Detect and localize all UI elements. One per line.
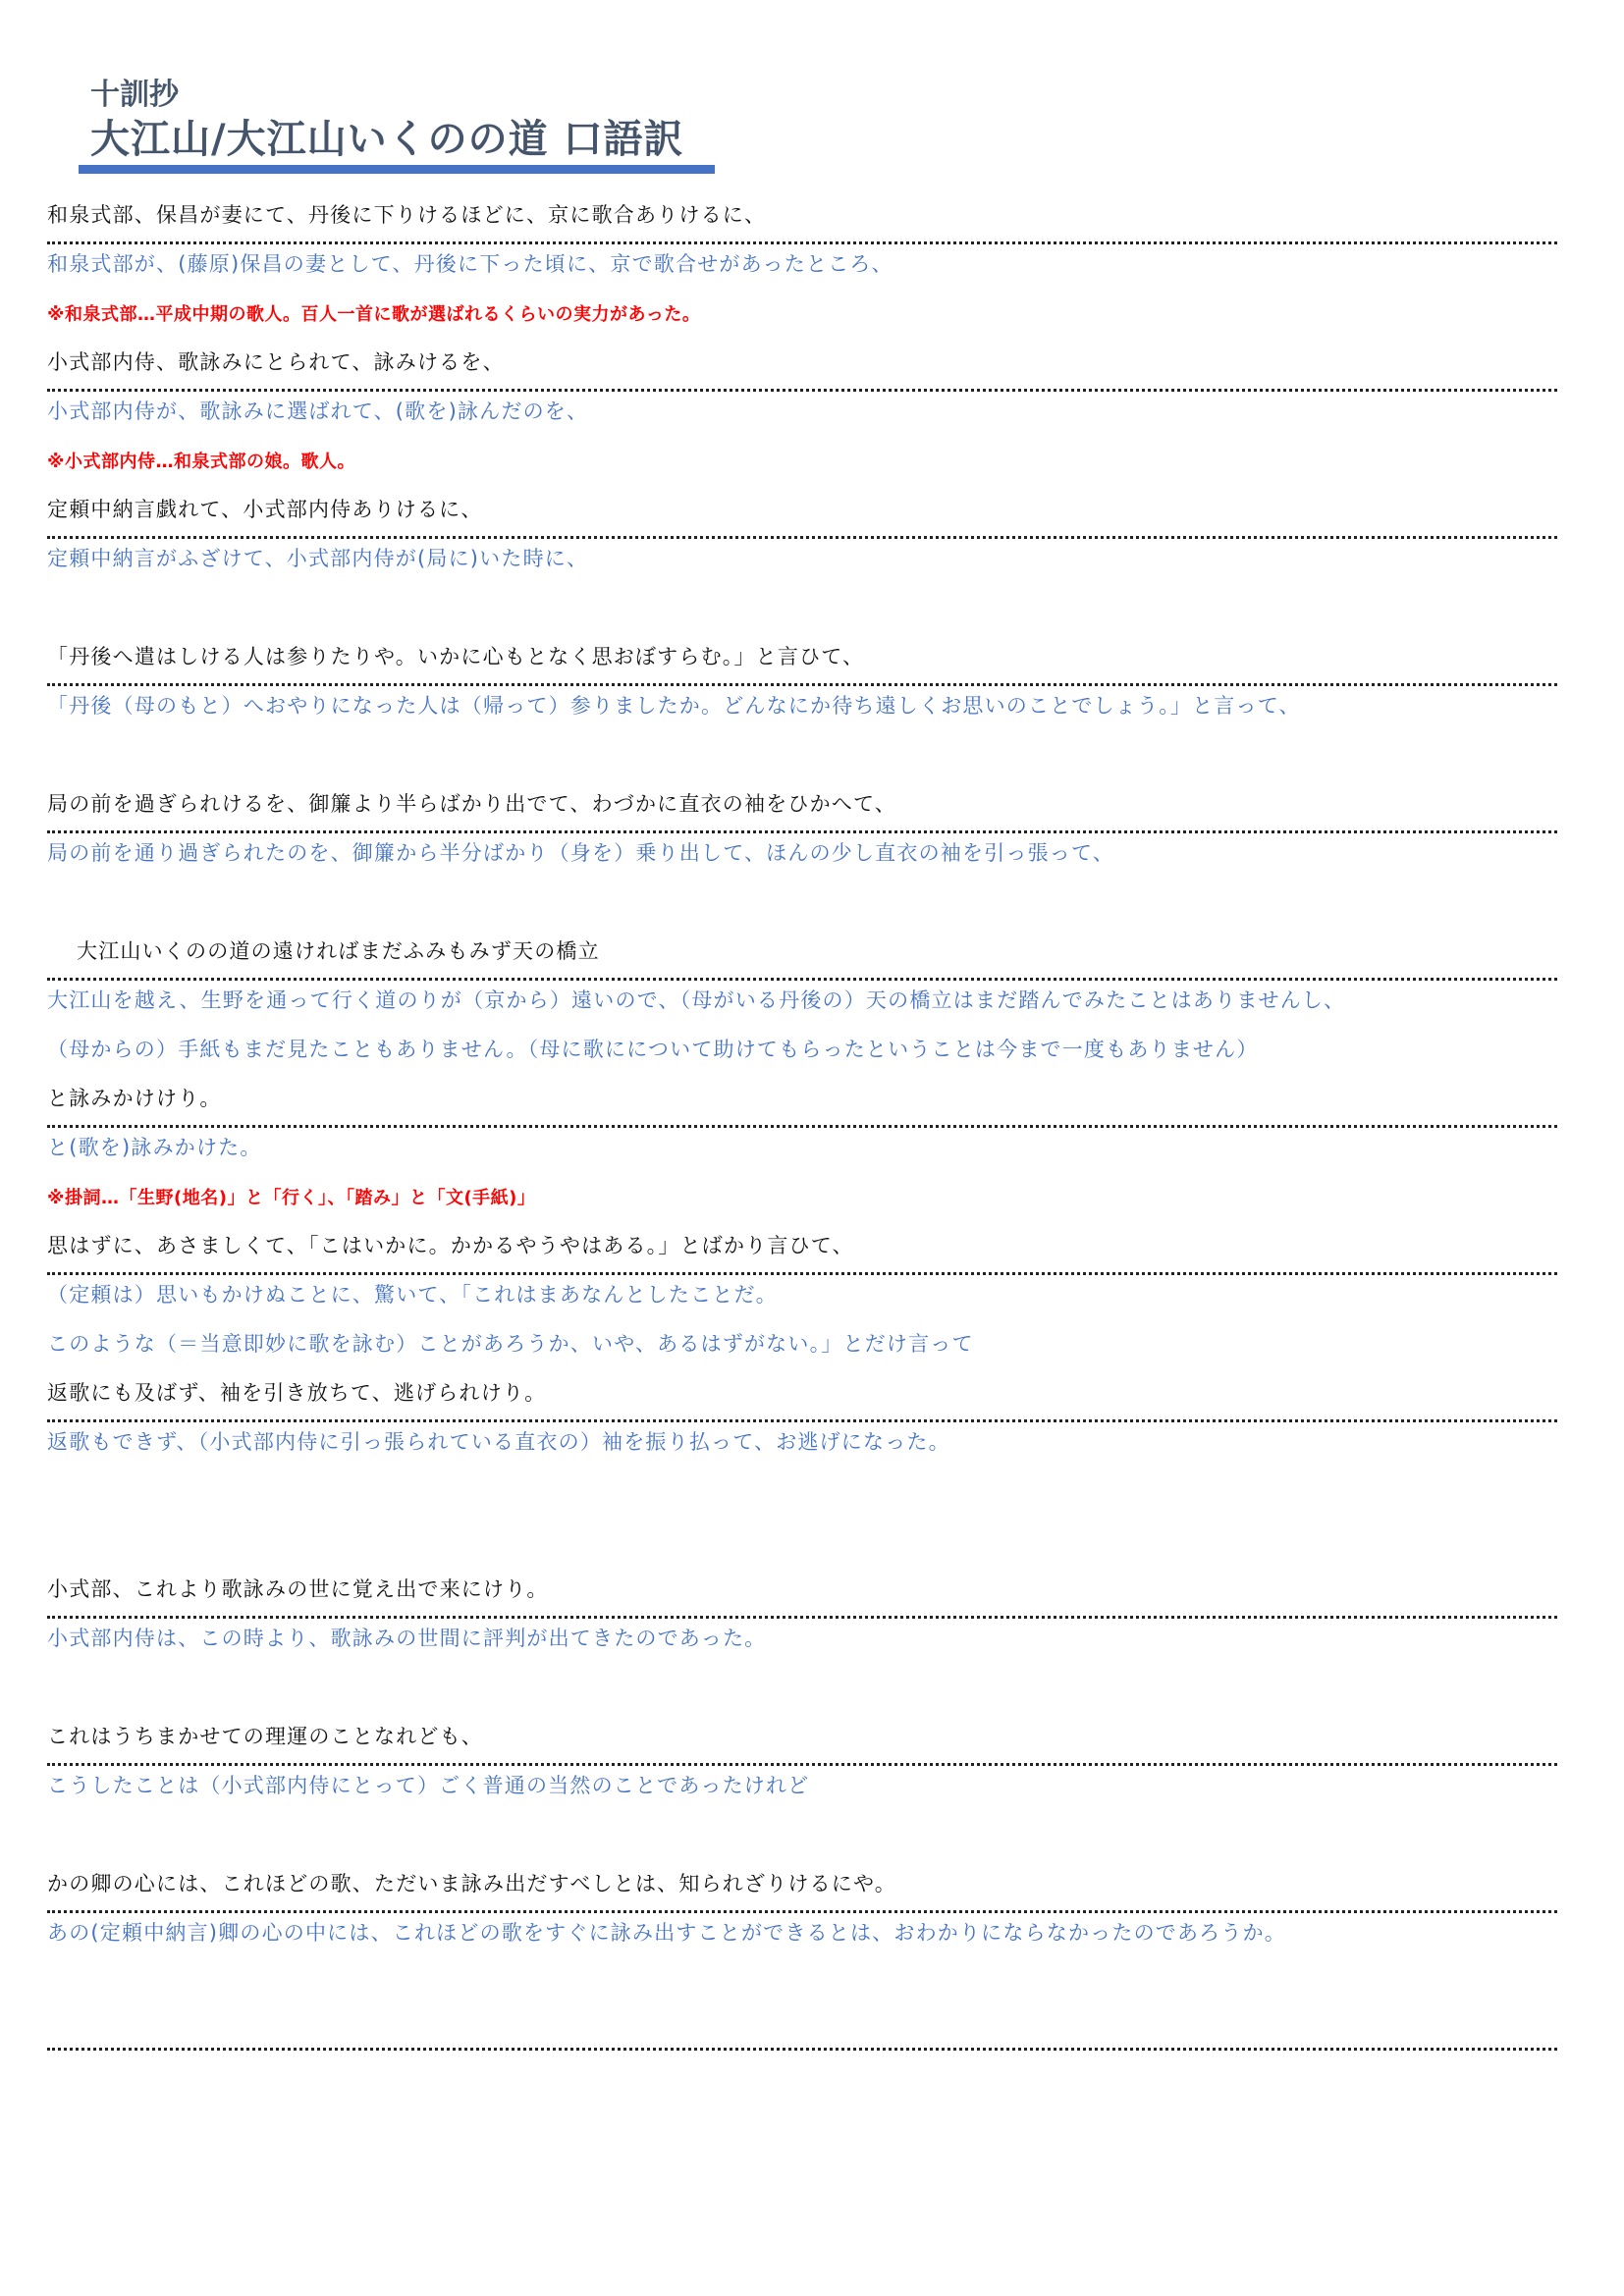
translation-text-line: 小式部内侍が、歌詠みに選ばれて、(歌を)詠んだのを、 — [47, 397, 1557, 426]
original-text-line: 「丹後へ遣はしける人は参りたりや。いかに心もとなく思おぼすらむ。」と言ひて、 — [47, 642, 1557, 671]
original-text-line: と詠みかけけり。 — [47, 1084, 1557, 1113]
original-text-line: 思はずに、あさましくて、「こはいかに。かかるやうやはある。」とばかり言ひて、 — [47, 1231, 1557, 1260]
original-text-line: かの卿の心には、これほどの歌、ただいま詠み出だすべしとは、知られざりけるにや。 — [47, 1869, 1557, 1898]
translation-text-line: あの(定頼中納言)卿の心の中には、これほどの歌をすぐに詠み出すことができるとは、… — [47, 1918, 1557, 1948]
original-text-line: 小式部、これより歌詠みの世に覚え出で来にけり。 — [47, 1575, 1557, 1604]
dotted-divider — [47, 978, 1557, 981]
dotted-divider — [47, 1272, 1557, 1275]
dotted-divider — [47, 536, 1557, 539]
dotted-divider — [47, 1125, 1557, 1128]
annotation-note: ※掛詞…「生野(地名)」と「行く」、「踏み」と「文(手紙)」 — [47, 1184, 1557, 1213]
dotted-divider — [47, 1419, 1557, 1422]
original-text-line: 和泉式部、保昌が妻にて、丹後に下りけるほどに、京に歌合ありけるに、 — [47, 200, 1557, 230]
document-page: 十訓抄 大江山/大江山いくのの道 口語訳 和泉式部、保昌が妻にて、丹後に下りける… — [0, 0, 1624, 2296]
translation-text-line: （母からの）手紙もまだ見たこともありません。（母に歌にについて助けてもらったとい… — [47, 1035, 1557, 1064]
document-subtitle: 十訓抄 — [90, 77, 179, 114]
original-text-line: 小式部内侍、歌詠みにとられて、詠みけるを、 — [47, 347, 1557, 377]
translation-text-line: 和泉式部が、(藤原)保昌の妻として、丹後に下った頃に、京で歌合せがあったところ、 — [47, 249, 1557, 279]
document-title: 大江山/大江山いくのの道 口語訳 — [90, 116, 684, 163]
translation-text-line: 定頼中納言がふざけて、小式部内侍が(局に)いた時に、 — [47, 544, 1557, 573]
translation-text-line: 大江山を越え、生野を通って行く道のりが（京から）遠いので、（母がいる丹後の）天の… — [47, 986, 1557, 1015]
dotted-divider — [47, 389, 1557, 392]
waka-verse-line: 大江山いくのの道の遠ければまだふみもみず天の橋立 — [47, 936, 1587, 966]
translation-text-line: 小式部内侍は、この時より、歌詠みの世間に評判が出てきたのであった。 — [47, 1624, 1557, 1653]
annotation-note: ※和泉式部…平成中期の歌人。百人一首に歌が選ばれるくらいの実力があった。 — [47, 300, 1557, 330]
original-text-line: 定頼中納言戯れて、小式部内侍ありけるに、 — [47, 495, 1557, 524]
dotted-divider — [47, 1910, 1557, 1913]
translation-text-line: こうしたことは（小式部内侍にとって）ごく普通の当然のことであったけれど — [47, 1771, 1557, 1800]
original-text-line: 局の前を過ぎられけるを、御簾より半らばかり出でて、わづかに直衣の袖をひかへて、 — [47, 789, 1557, 819]
dotted-divider — [47, 830, 1557, 833]
dotted-divider — [47, 1616, 1557, 1619]
original-text-line: 返歌にも及ばず、袖を引き放ちて、逃げられけり。 — [47, 1378, 1557, 1408]
translation-text-line: と(歌を)詠みかけた。 — [47, 1133, 1557, 1162]
dotted-divider — [47, 2048, 1557, 2051]
translation-text-line: （定頼は）思いもかけぬことに、驚いて、「これはまあなんとしたことだ。 — [47, 1280, 1557, 1309]
translation-text-line: 局の前を通り過ぎられたのを、御簾から半分ばかり（身を）乗り出して、ほんの少し直衣… — [47, 838, 1557, 868]
dotted-divider — [47, 683, 1557, 686]
annotation-note: ※小式部内侍…和泉式部の娘。歌人。 — [47, 448, 1557, 477]
dotted-divider — [47, 241, 1557, 244]
translation-text-line: 「丹後（母のもと）へおやりになった人は（帰って）参りましたか。どんなにか待ち遠し… — [47, 691, 1557, 721]
translation-text-line: 返歌もできず、（小式部内侍に引っ張られている直衣の）袖を振り払って、お逃げになっ… — [47, 1427, 1557, 1457]
title-underline-bar — [79, 165, 715, 174]
dotted-divider — [47, 1763, 1557, 1766]
translation-text-line: このような（＝当意即妙に歌を詠む）ことがあろうか、いや、あるはずがない。」とだけ… — [47, 1329, 1557, 1359]
original-text-line: これはうちまかせての理運のことなれども、 — [47, 1722, 1557, 1751]
